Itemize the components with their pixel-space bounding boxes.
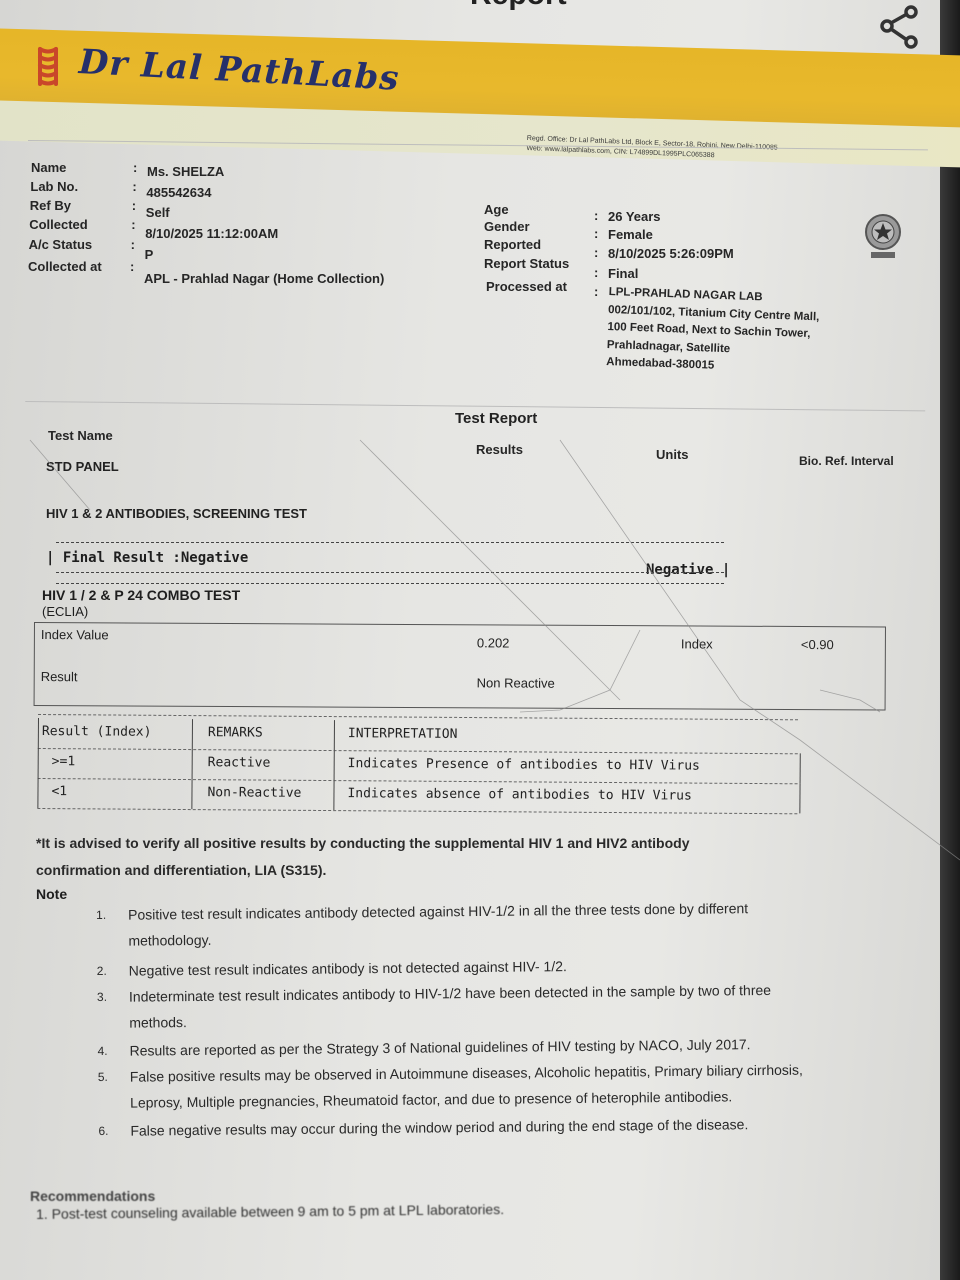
field-value: 26 Years [608, 209, 661, 224]
result-table: Index Value 0.202 Index <0.90 Result Non… [34, 622, 886, 710]
field-label: Collected [29, 217, 88, 232]
interp-cell: Indicates Presence of antibodies to HIV … [348, 756, 700, 773]
note-number: 6. [98, 1118, 108, 1144]
advisory-line: confirmation and differentiation, LIA (S… [36, 857, 836, 884]
note-title: Note [36, 886, 67, 902]
note-number: 5. [98, 1064, 108, 1090]
note-number: 2. [97, 958, 107, 984]
patient-field: Report Status:Final [484, 256, 569, 271]
note-item: 3.Indeterminate test result indicates an… [97, 976, 818, 1036]
field-label: Processed at [486, 279, 567, 294]
field-value: Self [146, 205, 170, 220]
field-label: Age [484, 202, 509, 217]
note-text: Indeterminate test result indicates anti… [129, 982, 771, 1031]
interp-header: INTERPRETATION [348, 726, 458, 742]
divider [56, 542, 724, 543]
patient-field: Name:Ms. SHELZA [31, 160, 66, 175]
advisory-line: *It is advised to verify all positive re… [36, 830, 836, 857]
patient-field: Collected at:APL - Prahlad Nagar (Home C… [28, 259, 102, 274]
divider [56, 583, 724, 584]
note-number: 4. [97, 1038, 107, 1064]
recommendations-title: Recommendations [30, 1188, 155, 1204]
screen-edge [940, 0, 960, 1280]
note-item: 5.False positive results may be observed… [98, 1056, 819, 1116]
field-label: Name [31, 160, 66, 175]
divider [56, 572, 724, 573]
field-label: Lab No. [30, 179, 78, 194]
field-value: 485542634 [146, 185, 211, 200]
field-value: P [145, 247, 154, 262]
field-colon: : [132, 179, 136, 194]
combo-test-method: (ECLIA) [42, 604, 88, 619]
interp-header: REMARKS [208, 725, 263, 740]
share-icon[interactable] [875, 2, 923, 50]
field-colon: : [594, 245, 598, 260]
patient-field: Ref By:Self [30, 198, 71, 213]
field-colon: : [594, 265, 598, 280]
col-units: Units [656, 447, 689, 462]
field-label: Ref By [30, 198, 71, 213]
patient-field: Collected:8/10/2025 11:12:00AM [29, 217, 88, 232]
field-colon: : [594, 284, 598, 299]
field-colon: : [131, 237, 135, 252]
field-value: Female [608, 227, 653, 242]
field-value: 8/10/2025 11:12:00AM [145, 226, 278, 241]
processed-at-address: LPL-PRAHLAD NAGAR LAB002/101/102, Titani… [606, 284, 820, 379]
field-label: Collected at [28, 259, 102, 274]
field-colon: : [133, 160, 137, 175]
row-result: 0.202 [477, 635, 510, 650]
field-label: Reported [484, 237, 541, 252]
advisory-text: *It is advised to verify all positive re… [36, 830, 836, 884]
notes-list: 1.Positive test result indicates antibod… [96, 894, 818, 1144]
field-colon: : [594, 208, 598, 223]
note-text: Positive test result indicates antibody … [128, 900, 748, 948]
patient-field: Age:26 Years [484, 202, 509, 217]
field-value: Final [608, 266, 638, 281]
field-value: APL - Prahlad Nagar (Home Collection) [144, 271, 384, 286]
field-colon: : [130, 259, 134, 274]
test-report-title: Test Report [455, 410, 537, 427]
dna-logo-icon [36, 46, 60, 88]
interp-cell: Non-Reactive [207, 785, 301, 801]
accreditation-emblem-icon [862, 212, 904, 262]
interpretation-table: Result (Index) REMARKS INTERPRETATION >=… [37, 718, 38, 808]
patient-field: Reported:8/10/2025 5:26:09PM [484, 237, 541, 252]
interp-cell: Indicates absence of antibodies to HIV V… [347, 786, 691, 803]
panel-name: STD PANEL [46, 459, 119, 474]
col-test-name: Test Name [48, 428, 113, 443]
patient-field: A/c Status:P [29, 237, 93, 252]
final-result-value: Negative | [646, 562, 730, 578]
field-value: 8/10/2025 5:26:09PM [608, 246, 734, 261]
note-text: Results are reported as per the Strategy… [129, 1036, 750, 1059]
field-colon: : [131, 217, 135, 232]
row-units: Index [681, 636, 713, 651]
interp-header: Result (Index) [42, 724, 152, 740]
patient-field: Lab No.:485542634 [30, 179, 78, 194]
field-value: Ms. SHELZA [147, 164, 224, 179]
screening-test-title: HIV 1 & 2 ANTIBODIES, SCREENING TEST [46, 506, 307, 521]
col-results: Results [476, 442, 523, 457]
field-label: Gender [484, 219, 530, 234]
interp-cell: Reactive [208, 755, 271, 770]
note-number: 3. [97, 984, 107, 1010]
col-bio-ref: Bio. Ref. Interval [799, 454, 894, 468]
note-number: 1. [96, 902, 106, 928]
final-result-label: | Final Result :Negative [46, 550, 248, 566]
field-label: A/c Status [29, 237, 93, 252]
note-text: False negative results may occur during … [130, 1116, 748, 1138]
page-title-fragment: Report [470, 0, 567, 12]
processed-at-field: Processed at [486, 279, 567, 294]
interp-cell: <1 [51, 784, 67, 799]
row-ref: <0.90 [801, 637, 834, 652]
combo-test-title: HIV 1 / 2 & P 24 COMBO TEST [42, 587, 240, 603]
field-label: Report Status [484, 256, 569, 271]
field-colon: : [594, 226, 598, 241]
note-text: Negative test result indicates antibody … [129, 958, 567, 979]
field-colon: : [132, 198, 136, 213]
note-item: 1.Positive test result indicates antibod… [96, 894, 817, 954]
note-text: False positive results may be observed i… [130, 1062, 803, 1111]
row-name: Result [41, 669, 78, 684]
interp-cell: >=1 [52, 754, 76, 769]
row-result: Non Reactive [477, 675, 555, 690]
row-name: Index Value [41, 627, 109, 642]
patient-field: Gender:Female [484, 219, 530, 234]
